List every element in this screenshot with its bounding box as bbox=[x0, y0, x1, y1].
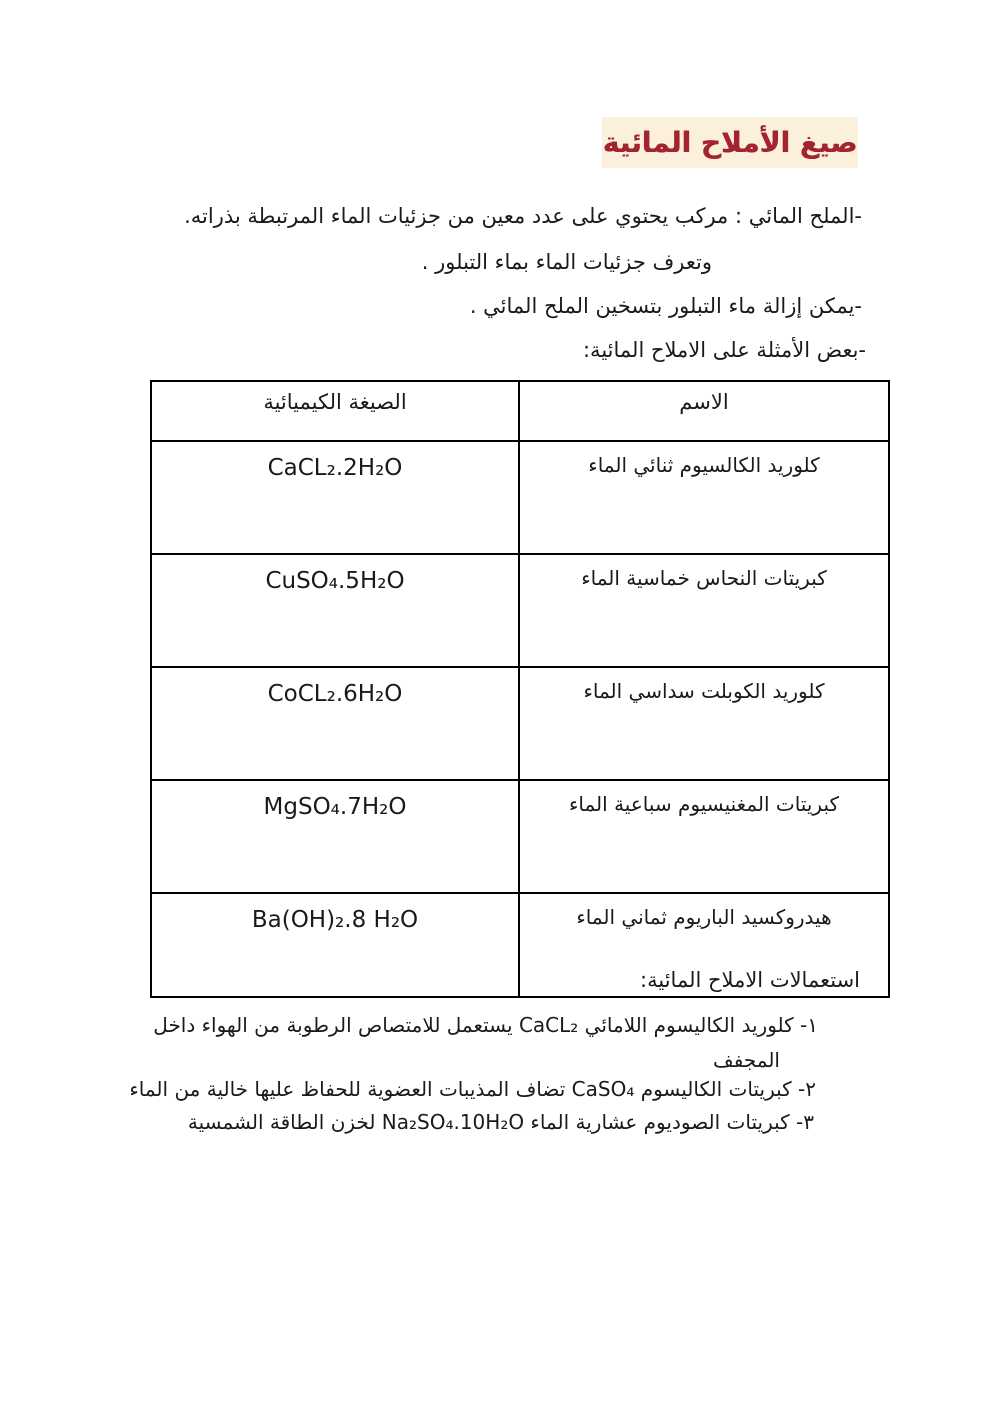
hydrated-salts-table: الصيغة الكيميائية الاسم CaCL₂.2H₂O كلوري… bbox=[150, 380, 890, 998]
document-page: صيغ الأملاح المائية -الملح المائي : مركب… bbox=[0, 0, 992, 1403]
uses-list-item-3: ٣- كبريتات الصوديوم عشارية الماء Na₂SO₄.… bbox=[188, 1110, 814, 1134]
name-cell: كبريتات المغنيسيوم سباعية الماء bbox=[519, 780, 889, 893]
intro-line-definition: -الملح المائي : مركب يحتوي على عدد معين … bbox=[184, 204, 862, 228]
page-title: صيغ الأملاح المائية bbox=[602, 117, 858, 168]
intro-line-removal: -يمكن إزالة ماء التبلور بتسخين الملح الم… bbox=[470, 294, 862, 318]
page-title-text: صيغ الأملاح المائية bbox=[602, 117, 858, 168]
name-cell: كلوريد الكوبلت سداسي الماء bbox=[519, 667, 889, 780]
table-row: CaCL₂.2H₂O كلوريد الكالسيوم ثنائي الماء bbox=[151, 441, 889, 554]
column-header-formula: الصيغة الكيميائية bbox=[151, 381, 519, 441]
formula-cell: Ba(OH)₂.8 H₂O bbox=[151, 893, 519, 997]
name-cell: كلوريد الكالسيوم ثنائي الماء bbox=[519, 441, 889, 554]
intro-line-crystal-water: وتعرف جزئيات الماء بماء التبلور . bbox=[422, 250, 712, 274]
uses-section-heading: استعمالات الاملاح المائية: bbox=[640, 968, 860, 992]
formula-cell: MgSO₄.7H₂O bbox=[151, 780, 519, 893]
column-header-name: الاسم bbox=[519, 381, 889, 441]
uses-list-item-1: ١- كلوريد الكاليسوم اللامائي CaCL₂ يستعم… bbox=[153, 1013, 818, 1037]
table-header-row: الصيغة الكيميائية الاسم bbox=[151, 381, 889, 441]
uses-list-item-2: ٢- كبريتات الكاليسوم CaSO₄ تضاف المذيبات… bbox=[129, 1077, 816, 1101]
formula-cell: CuSO₄.5H₂O bbox=[151, 554, 519, 667]
name-cell: كبريتات النحاس خماسية الماء bbox=[519, 554, 889, 667]
table-row: CoCL₂.6H₂O كلوريد الكوبلت سداسي الماء bbox=[151, 667, 889, 780]
table-row: CuSO₄.5H₂O كبريتات النحاس خماسية الماء bbox=[151, 554, 889, 667]
uses-list-item-1-continuation: المجفف bbox=[713, 1048, 780, 1072]
table-row: MgSO₄.7H₂O كبريتات المغنيسيوم سباعية الم… bbox=[151, 780, 889, 893]
formula-cell: CaCL₂.2H₂O bbox=[151, 441, 519, 554]
intro-line-examples: -بعض الأمثلة على الاملاح المائية: bbox=[583, 338, 866, 362]
formula-cell: CoCL₂.6H₂O bbox=[151, 667, 519, 780]
